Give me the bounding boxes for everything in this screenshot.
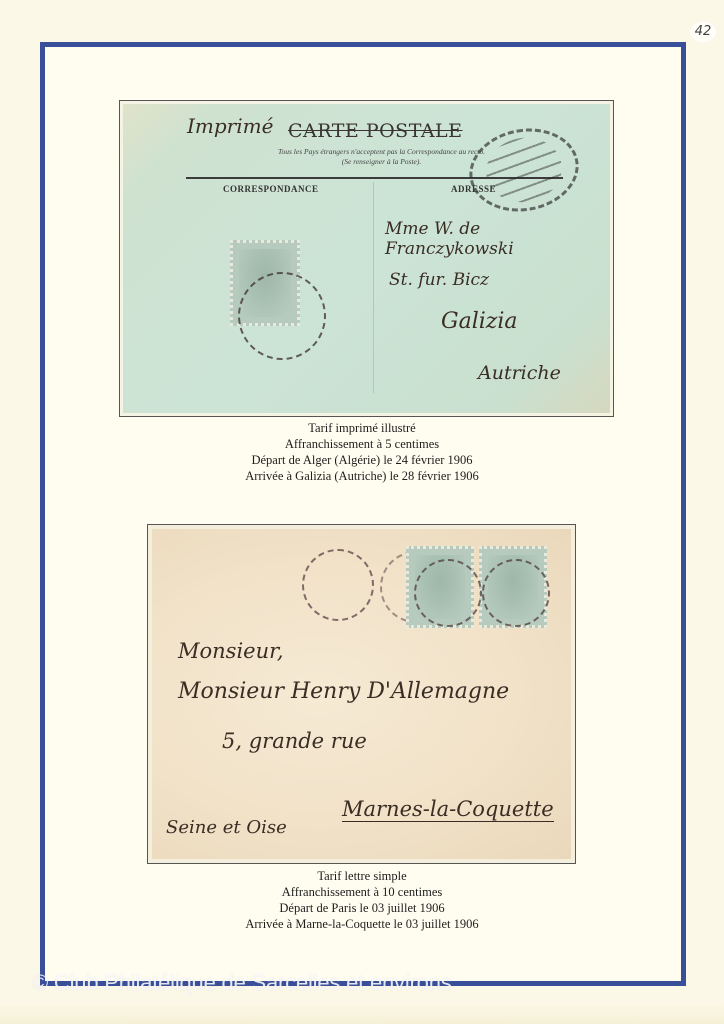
postmark-icon: [302, 549, 374, 621]
envelope-mount: Monsieur, Monsieur Henry D'Allemagne 5, …: [147, 524, 576, 864]
postcard-handwritten-imprime: Imprimé: [187, 114, 273, 138]
page-bottom-edge: [0, 1005, 724, 1024]
caption-line: Départ de Paris le 03 juillet 1906: [0, 900, 724, 916]
caption-line: Tarif lettre simple: [0, 868, 724, 884]
address-line: Mme W. de Franczykowski: [385, 219, 610, 259]
address-line: Marnes-la-Coquette: [342, 797, 554, 822]
caption-line: Tarif imprimé illustré: [0, 420, 724, 436]
postcard-title: CARTE POSTALE: [288, 120, 463, 142]
postcard-center-line: [373, 182, 374, 393]
address-line: Seine et Oise: [166, 817, 287, 838]
caption-line: Arrivée à Galizia (Autriche) le 28 févri…: [0, 468, 724, 484]
caption-line: Affranchissement à 10 centimes: [0, 884, 724, 900]
page-number: 42: [690, 22, 716, 42]
postcard-caption: Tarif imprimé illustré Affranchissement …: [0, 420, 724, 484]
arrival-cancel-icon: [463, 120, 586, 220]
address-line: Monsieur,: [178, 639, 284, 663]
envelope: Monsieur, Monsieur Henry D'Allemagne 5, …: [152, 529, 571, 859]
label-correspondance: CORRESPONDANCE: [223, 184, 319, 194]
postmark-icon: [482, 559, 550, 627]
address-line: Galizia: [441, 309, 518, 334]
postcard: Imprimé CARTE POSTALE Tous les Pays étra…: [123, 104, 610, 413]
caption-line: Départ de Alger (Algérie) le 24 février …: [0, 452, 724, 468]
caption-line: Affranchissement à 5 centimes: [0, 436, 724, 452]
copyright-watermark: © Club Philatélique de Sarcelles et envi…: [32, 970, 452, 996]
postmark-icon: [414, 559, 482, 627]
caption-line: Arrivée à Marne-la-Coquette le 03 juille…: [0, 916, 724, 932]
address-line: St. fur. Bicz: [389, 270, 489, 290]
address-line: Autriche: [478, 362, 561, 384]
address-line: Monsieur Henry D'Allemagne: [178, 679, 509, 704]
postcard-mount: Imprimé CARTE POSTALE Tous les Pays étra…: [119, 100, 614, 417]
address-line: 5, grande rue: [222, 729, 367, 753]
envelope-caption: Tarif lettre simple Affranchissement à 1…: [0, 868, 724, 932]
